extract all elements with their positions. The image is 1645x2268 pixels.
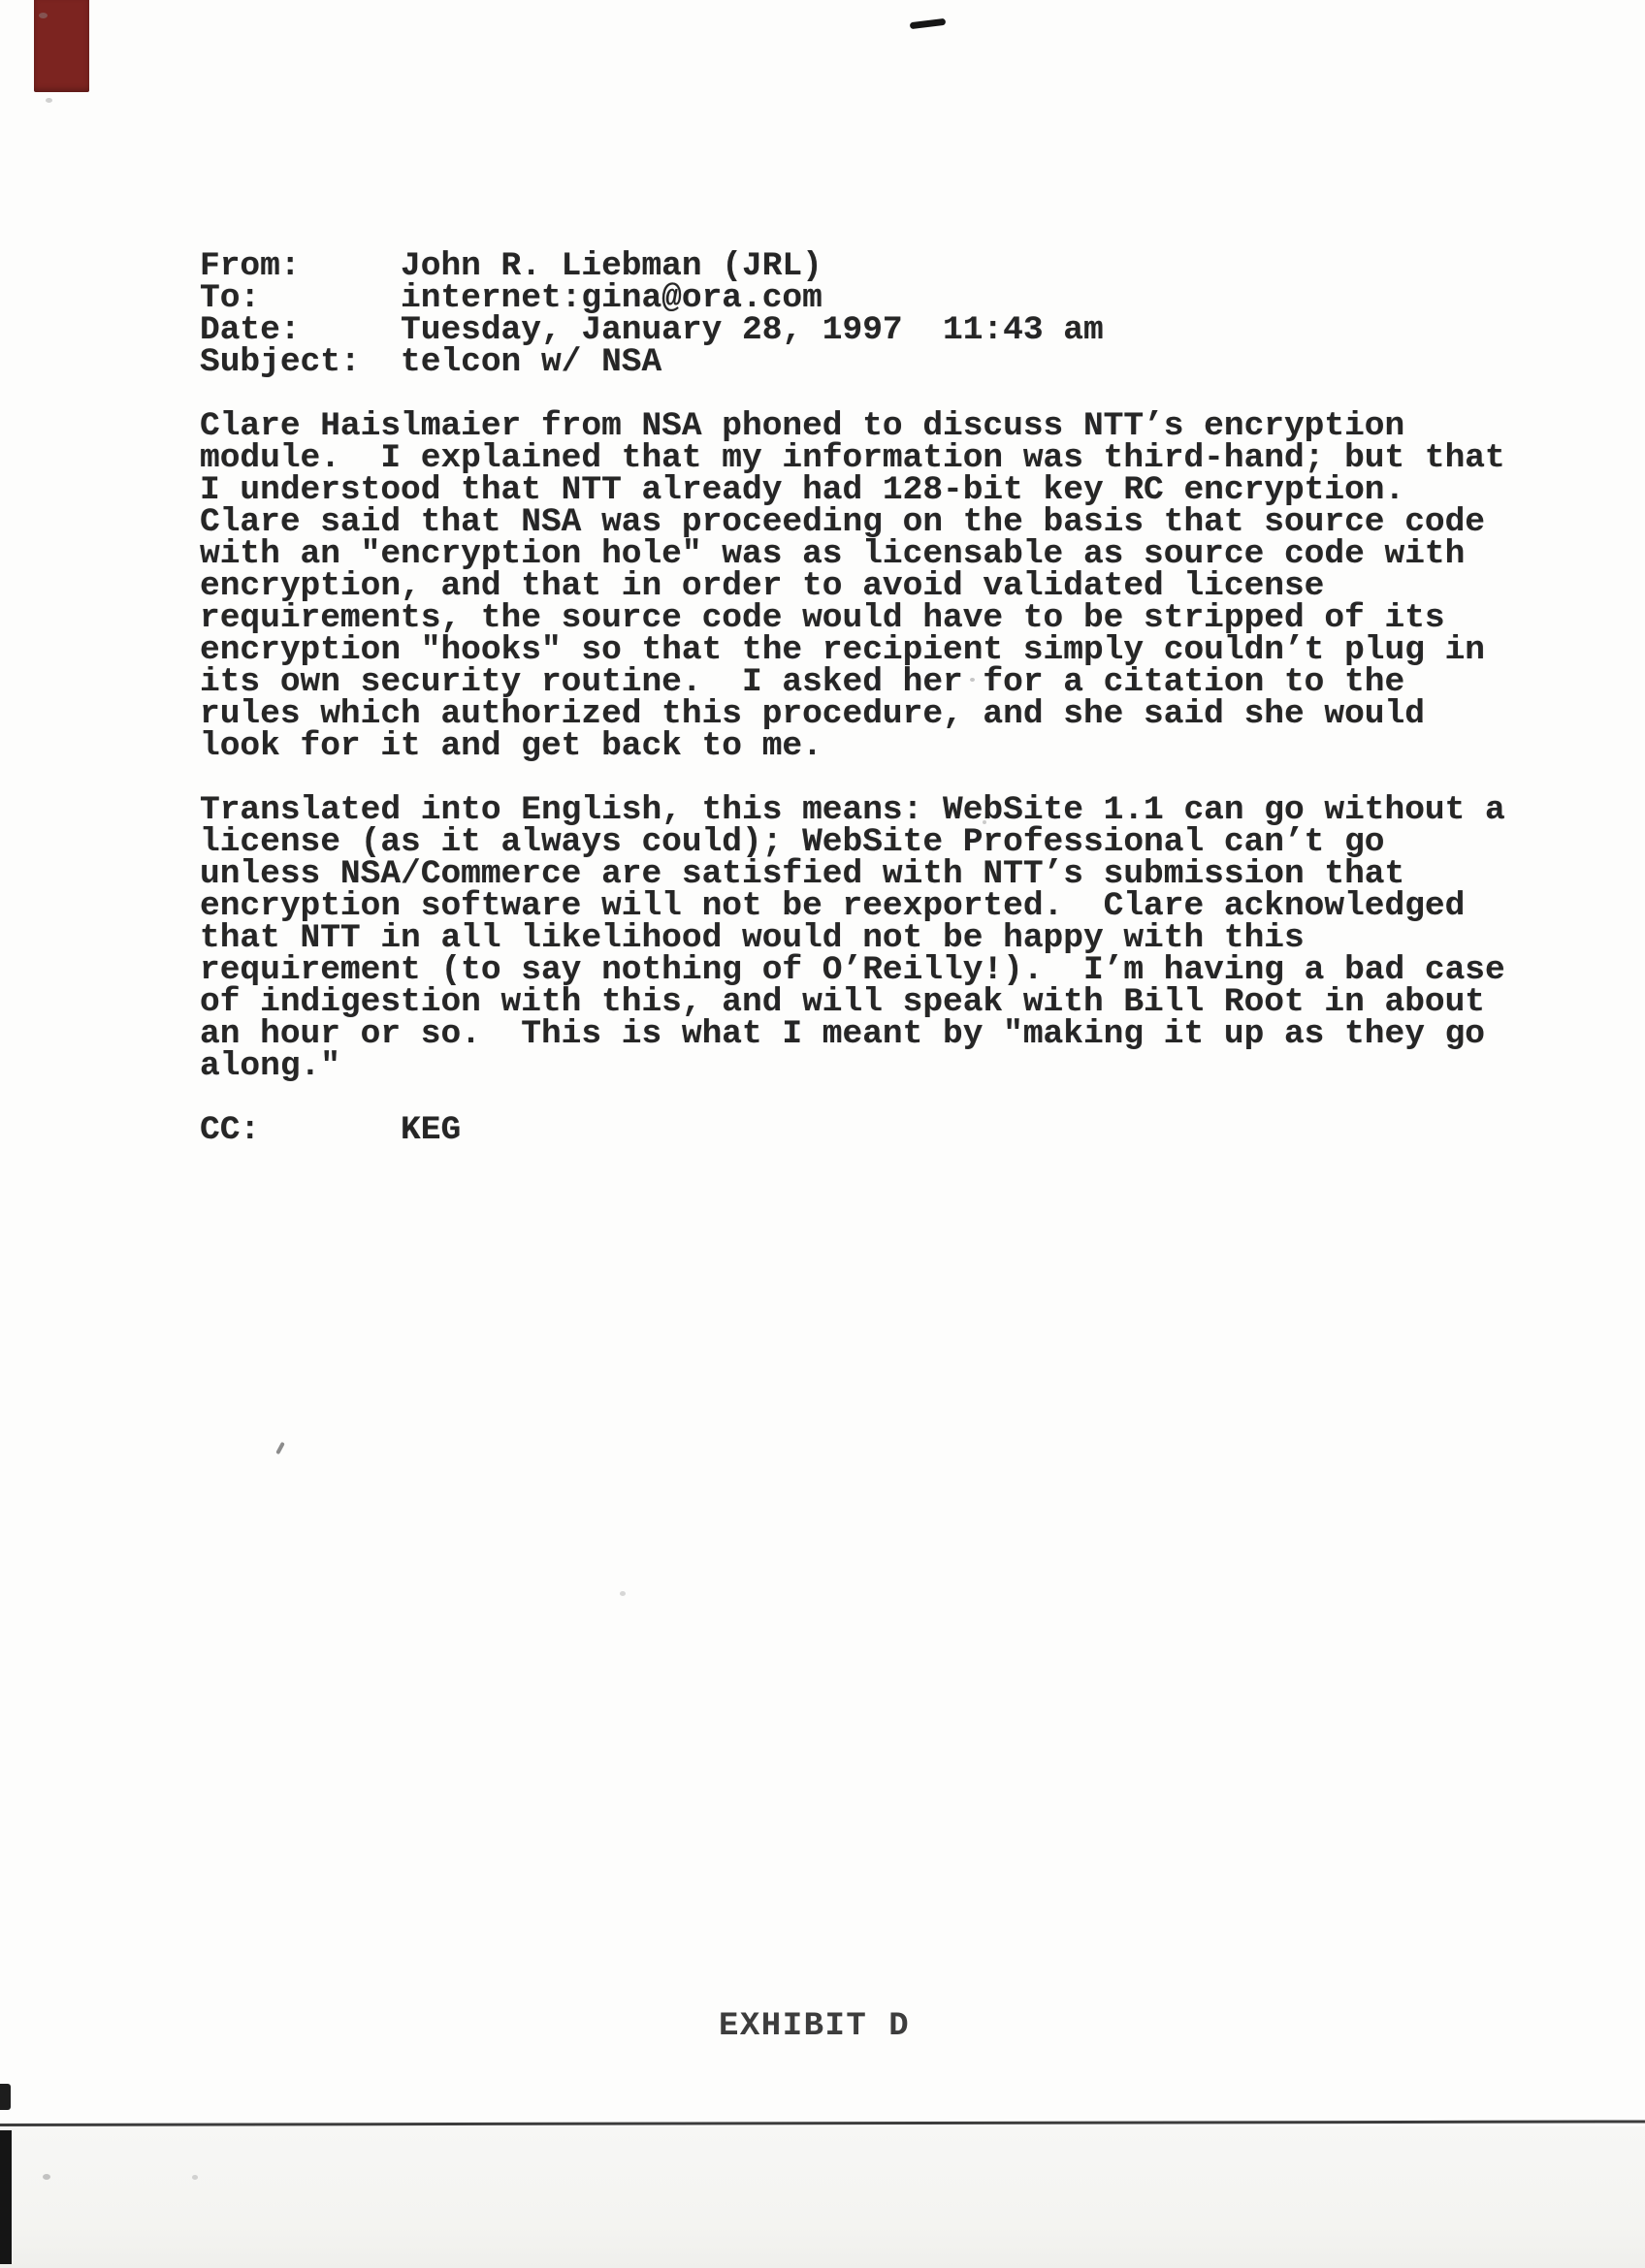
- scanned-document-page: { "email": { "headers": [ { "label": "Fr…: [0, 0, 1645, 2268]
- scan-speck: [46, 98, 52, 103]
- scanner-black-blob: [0, 2084, 11, 2110]
- ink-smudge: [275, 1442, 285, 1454]
- scanner-black-bar: [0, 2130, 12, 2264]
- scan-speck: [620, 1591, 626, 1596]
- paper-background: From: John R. Liebman (JRL) To: internet…: [0, 0, 1645, 2268]
- exhibit-label: EXHIBIT D: [719, 2009, 910, 2044]
- pen-dash-mark: [910, 18, 947, 29]
- scan-speck: [39, 13, 48, 18]
- scanner-background-strip: [0, 2126, 1645, 2268]
- email-text: From: John R. Liebman (JRL) To: internet…: [200, 250, 1505, 1146]
- scan-speck: [192, 2175, 198, 2180]
- scan-speck: [43, 2174, 50, 2180]
